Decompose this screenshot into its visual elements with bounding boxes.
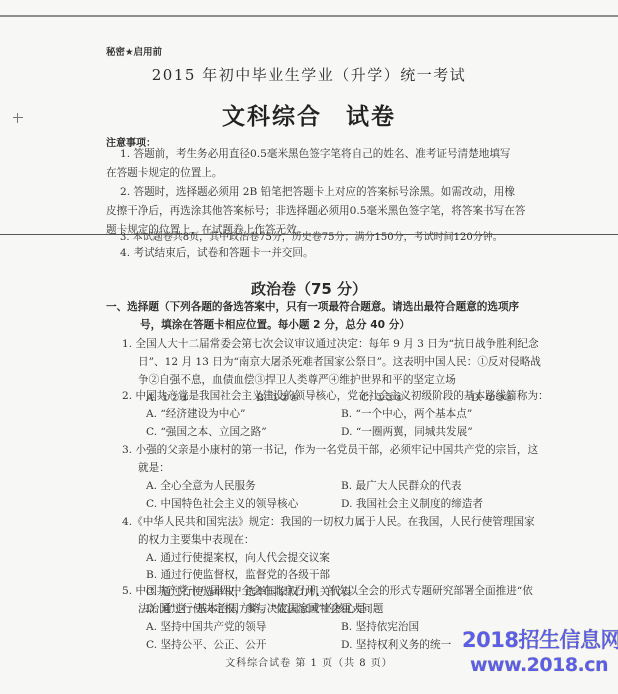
page-top-border (0, 15, 618, 17)
notice-item-2-line-1: 2. 答题时，选择题必须用 2B 铅笔把答题卡上对应的答案标号涂黑。如需改动，用… (120, 183, 515, 202)
question-1-stem-line-2: 日”、12 月 13 日为“南京大屠杀死难者国家公祭日”。这表明中国人民：①反对… (138, 353, 541, 372)
question-5-option-d: D. 坚持权利义务的统一 (341, 636, 451, 655)
watermark-site-name: 2018招生信息网 (462, 624, 618, 654)
question-1-stem-line-1: 1. 全国人大十二届常委会第七次会议审议通过决定：每年 9 月 3 日为“抗日战… (122, 335, 539, 354)
question-5-options-row-1: A. 坚持中国共产党的领导 B. 坚持依宪治国 (146, 618, 419, 637)
question-2-option-a: A. “经济建设为中心” (146, 405, 341, 424)
question-2-option-c: C. “强国之本、立国之路” (146, 423, 341, 442)
question-2-option-d: D. “一圈两翼，同城共发展” (341, 423, 473, 442)
question-5-stem-line-2: 法治国”这一基本治国方略。“依法治国”的核心是： (138, 600, 377, 619)
question-4-stem-line-1: 4.《中华人民共和国宪法》规定：我国的一切权力属于人民。在我国，人民行使管理国家 (122, 513, 535, 532)
paper-title-subject: 文科综合 (222, 104, 322, 130)
question-2-options-row-1: A. “经济建设为中心” B. “一个中心，两个基本点” (146, 405, 472, 424)
notice-item-1-line-2: 在答题卡规定的位置上。 (106, 164, 223, 183)
question-3-option-b: B. 最广大人民群众的代表 (341, 477, 461, 496)
question-5-stem-line-1: 5. 中国共产党十八届四中全会在北京召开，首次以全会的形式专题研究部署全面推进“… (122, 582, 533, 601)
question-3-options-row-1: A. 全心全意为人民服务 B. 最广大人民群众的代表 (146, 477, 461, 496)
paper-title-suffix: 试卷 (346, 104, 396, 130)
section-instruction-line-1: 一、选择题（下列各题的备选答案中，只有一项最符合题意。请选出最符合题意的选项序 (106, 298, 519, 317)
notice-item-4-line-1: 4. 考试结束后，试卷和答题卡一并交回。 (120, 244, 314, 263)
question-5-option-a: A. 坚持中国共产党的领导 (146, 618, 341, 637)
question-2-stem-line-1: 2. 中国共产党是我国社会主义建设的领导核心，党在社会主义初级阶段的基本路线简称… (122, 387, 549, 406)
question-3-option-d: D. 我国社会主义制度的缔造者 (341, 495, 483, 514)
question-5-options-row-2: C. 坚持公平、公正、公开 D. 坚持权利义务的统一 (146, 636, 451, 655)
question-2-option-b: B. “一个中心，两个基本点” (341, 405, 472, 424)
question-3-option-c: C. 中国特色社会主义的领导核心 (146, 495, 341, 514)
question-3-stem-line-1: 3. 小强的父亲是小康村的第一书记，作为一名党员干部，必须牢记中国共产党的宗旨，… (122, 441, 538, 460)
exam-title: 2015 年初中毕业生学业（升学）统一考试 (0, 64, 618, 85)
scan-fold-line (0, 234, 618, 235)
question-3-stem-line-2: 就是： (138, 459, 170, 478)
section-title: 政治卷（75 分） (0, 278, 618, 299)
section-instruction-line-2: 号，填涂在答题卡相应位置。每小题 2 分，总分 40 分） (140, 316, 410, 335)
question-2-options-row-2: C. “强国之本、立国之路” D. “一圈两翼，同城共发展” (146, 423, 473, 442)
question-3-options-row-2: C. 中国特色社会主义的领导核心 D. 我国社会主义制度的缔造者 (146, 495, 483, 514)
question-4-stem-line-2: 的权力主要集中表现在： (138, 531, 255, 550)
question-5-option-c: C. 坚持公平、公正、公开 (146, 636, 341, 655)
secret-label: 秘密★启用前 (106, 44, 162, 58)
notice-item-2-line-2: 皮擦干净后，再选涂其他答案标号；非选择题必须用0.5毫米黑色签字笔，将答案书写在… (106, 202, 525, 221)
watermark-site-url: www.2018.cn (470, 654, 608, 676)
question-5-option-b: B. 坚持依宪治国 (341, 618, 419, 637)
notice-item-1-line-1: 1. 答题前，考生务必用直径0.5毫米黑色签字笔将自己的姓名、准考证号清楚地填写 (120, 145, 511, 164)
paper-title: 文科综合试卷 (0, 98, 618, 131)
question-3-option-a: A. 全心全意为人民服务 (146, 477, 341, 496)
